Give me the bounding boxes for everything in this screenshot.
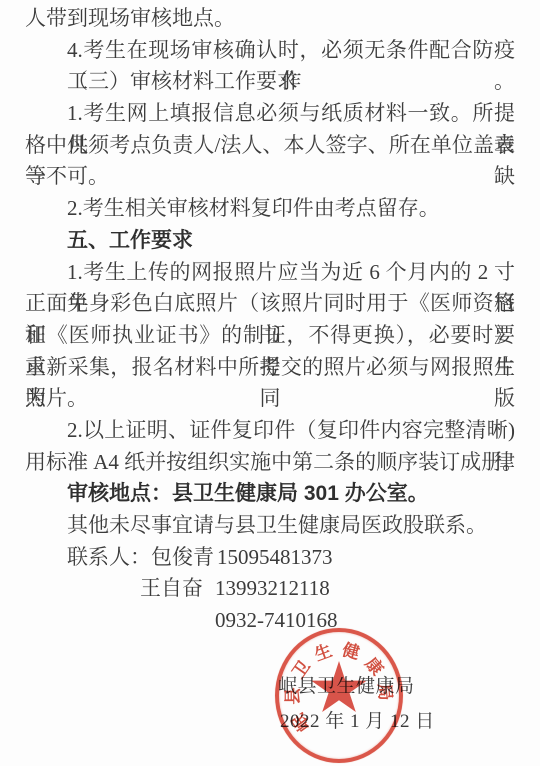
text-line: 一不可。 [25, 161, 515, 193]
text-line: 五、工作要求 [25, 225, 515, 257]
text-line: 人带到现场审核地点。 [25, 3, 515, 35]
text-line: 0932-7410168 [25, 605, 515, 637]
text-segment: 15095481373 [217, 542, 333, 574]
seal-char: 健 [340, 635, 363, 664]
text-segment: 王自奋 [140, 573, 203, 605]
text-line: 联系人：包俊青15095481373 [25, 542, 515, 574]
issue-date: 2022 年 1 月 12 日 [280, 706, 435, 733]
document-page: 人带到现场审核地点。4.考生在现场审核确认时，必须无条件配合防疫工作。（三）审核… [0, 0, 540, 766]
text-line: 王自奋13993212118 [25, 573, 515, 605]
text-line: 正面半身彩色白底照片（该照片同时用于《医师资格证书》 [25, 288, 515, 320]
text-line: 1.考生上传的网报照片应当为近 6 个月内的 2 寸免冠 [25, 257, 515, 289]
text-line: 2.考生相关审核材料复印件由考点留存。 [25, 193, 515, 225]
text-line: 重新采集，报名材料中所提交的照片必须与网报照片为同版 [25, 352, 515, 384]
text-line: 照片。 [25, 383, 515, 415]
text-line: 4.考生在现场审核确认时，必须无条件配合防疫工作。 [25, 35, 515, 67]
text-line: 审核地点：县卫生健康局 301 办公室。 [25, 478, 515, 510]
text-line: 1.考生网上填报信息必须与纸质材料一致。所提供表 [25, 98, 515, 130]
text-segment: 联系人：包俊青 [67, 542, 214, 574]
text-line: （三）审核材料工作要求 [25, 66, 515, 98]
text-line: 和《医师执业证书》的制证，不得更换），必要时要求考生 [25, 320, 515, 352]
text-line: 用标准 A4 纸并按组织实施中第二条的顺序装订成册。 [25, 447, 515, 479]
text-line: 其他未尽事宜请与县卫生健康局医政股联系。 [25, 510, 515, 542]
text-line: 格中凡须考点负责人/法人、本人签字、所在单位盖章等缺 [25, 130, 515, 162]
text-segment: 0932-7410168 [215, 605, 338, 637]
issuer-signature: 岷县卫生健康局 [278, 671, 415, 698]
document-body: 人带到现场审核地点。4.考生在现场审核确认时，必须无条件配合防疫工作。（三）审核… [25, 3, 515, 637]
text-line: 2.以上证明、证件复印件（复印件内容完整清晰) 一律 [25, 415, 515, 447]
seal-char: 生 [310, 636, 335, 665]
text-segment: 13993212118 [215, 573, 330, 605]
